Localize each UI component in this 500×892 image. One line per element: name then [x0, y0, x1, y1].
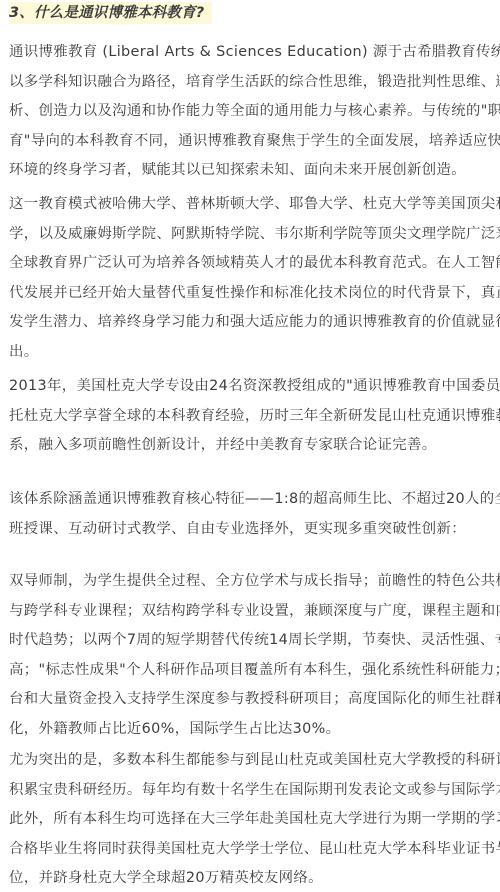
text-line: 积累宝贵科研经历。每年均有数十名学生在国际期刊发表论文或参与国际学术会议。	[9, 776, 493, 806]
text-line: 台和大量资金投入支持学生深度参与教授科研项目；高度国际化的师生社群和校园文	[9, 685, 493, 715]
text-line: 通识博雅教育 (Liberal Arts & Sciences Educatio…	[9, 38, 493, 68]
text-line: 系，融入多项前瞻性创新设计，并经中美教育专家联合论证完善。	[9, 431, 493, 461]
text-line: 位，并跻身杜克大学全球超20万精英校友网络。	[9, 864, 493, 892]
paragraph-features: 该体系除涵盖通识博雅教育核心特征——1:8的超高师生比、不超过20人的全英文小 …	[9, 485, 493, 544]
paragraph-innovations: 双导师制，为学生提供全过程、全方位学术与成长指导；前瞻性的特色公共核心课程 与跨…	[9, 567, 493, 744]
text-line: 尤为突出的是，多数本科生都能参与到昆山杜克或美国杜克大学教授的科研课题组，	[9, 746, 493, 776]
text-line: 出。	[9, 338, 493, 368]
text-line: 化，外籍教师占比近60%，国际学生占比达30%。	[9, 715, 493, 745]
text-line: 班授课、互动研讨式教学、自由专业选择外，更实现多重突破性创新：	[9, 515, 493, 545]
text-line: 以多学科知识融合为路径，培育学生活跃的综合性思维，锻造批判性思维、逻辑分	[9, 68, 493, 98]
text-line: 合格毕业生将同时获得美国杜克大学学士学位、昆山杜克大学本科毕业证书与学士学	[9, 835, 493, 865]
paragraph-origin: 通识博雅教育 (Liberal Arts & Sciences Educatio…	[9, 38, 493, 186]
text-line: 育"导向的本科教育不同，通识博雅教育聚焦于学生的全面发展，培养适应快速变化	[9, 127, 493, 157]
text-line: 学，以及威廉姆斯学院、阿默斯特学院、韦尔斯利学院等顶尖文理学院广泛采用，被	[9, 220, 493, 250]
text-line: 2013年，美国杜克大学专设由24名资深教授组成的"通识博雅教育中国委员会"，依	[9, 372, 493, 402]
section-heading: 3、什么是通识博雅本科教育?	[9, 2, 212, 24]
text-line: 该体系除涵盖通识博雅教育核心特征——1:8的超高师生比、不超过20人的全英文小	[9, 485, 493, 515]
paragraph-history: 2013年，美国杜克大学专设由24名资深教授组成的"通识博雅教育中国委员会"，依…	[9, 372, 493, 461]
text-line: 时代趋势；以两个7周的短学期替代传统14周长学期，节奏快、灵活性强、专注度	[9, 626, 493, 656]
text-line: 全球教育界广泛认可为培养各领域精英人才的最优本科教育范式。在人工智能快速迭	[9, 249, 493, 279]
text-line: 这一教育模式被哈佛大学、普林斯顿大学、耶鲁大学、杜克大学等美国顶尖私立大	[9, 190, 493, 220]
text-line: 此外，所有本科生均可选择在大三学年赴美国杜克大学进行为期一学期的学习。学业	[9, 805, 493, 835]
text-line: 与跨学科专业课程；双结构跨学科专业设置，兼顾深度与广度，课程主题和内容紧跟	[9, 597, 493, 627]
paragraph-adoption: 这一教育模式被哈佛大学、普林斯顿大学、耶鲁大学、杜克大学等美国顶尖私立大 学，以…	[9, 190, 493, 367]
paragraph-research: 尤为突出的是，多数本科生都能参与到昆山杜克或美国杜克大学教授的科研课题组， 积累…	[9, 746, 493, 892]
text-line: 高；"标志性成果"个人科研作品项目覆盖所有本科生，强化系统性科研能力；多重平	[9, 656, 493, 686]
text-line: 托杜克大学享誉全球的本科教育经验，历时三年全新研发昆山杜克通识博雅教育体	[9, 402, 493, 432]
text-line: 析、创造力以及沟通和协作能力等全面的通用能力与核心素养。与传统的"职业教	[9, 97, 493, 127]
text-line: 环境的终身学习者，赋能其以已知探索未知、面向未来开展创新创造。	[9, 156, 493, 186]
text-line: 双导师制，为学生提供全过程、全方位学术与成长指导；前瞻性的特色公共核心课程	[9, 567, 493, 597]
text-line: 代发展并已经开始大量替代重复性操作和标准化技术岗位的时代背景下，真正能够激	[9, 279, 493, 309]
text-line: 发学生潜力、培养终身学习能力和强大适应能力的通识博雅教育的价值就显得更加突	[9, 308, 493, 338]
